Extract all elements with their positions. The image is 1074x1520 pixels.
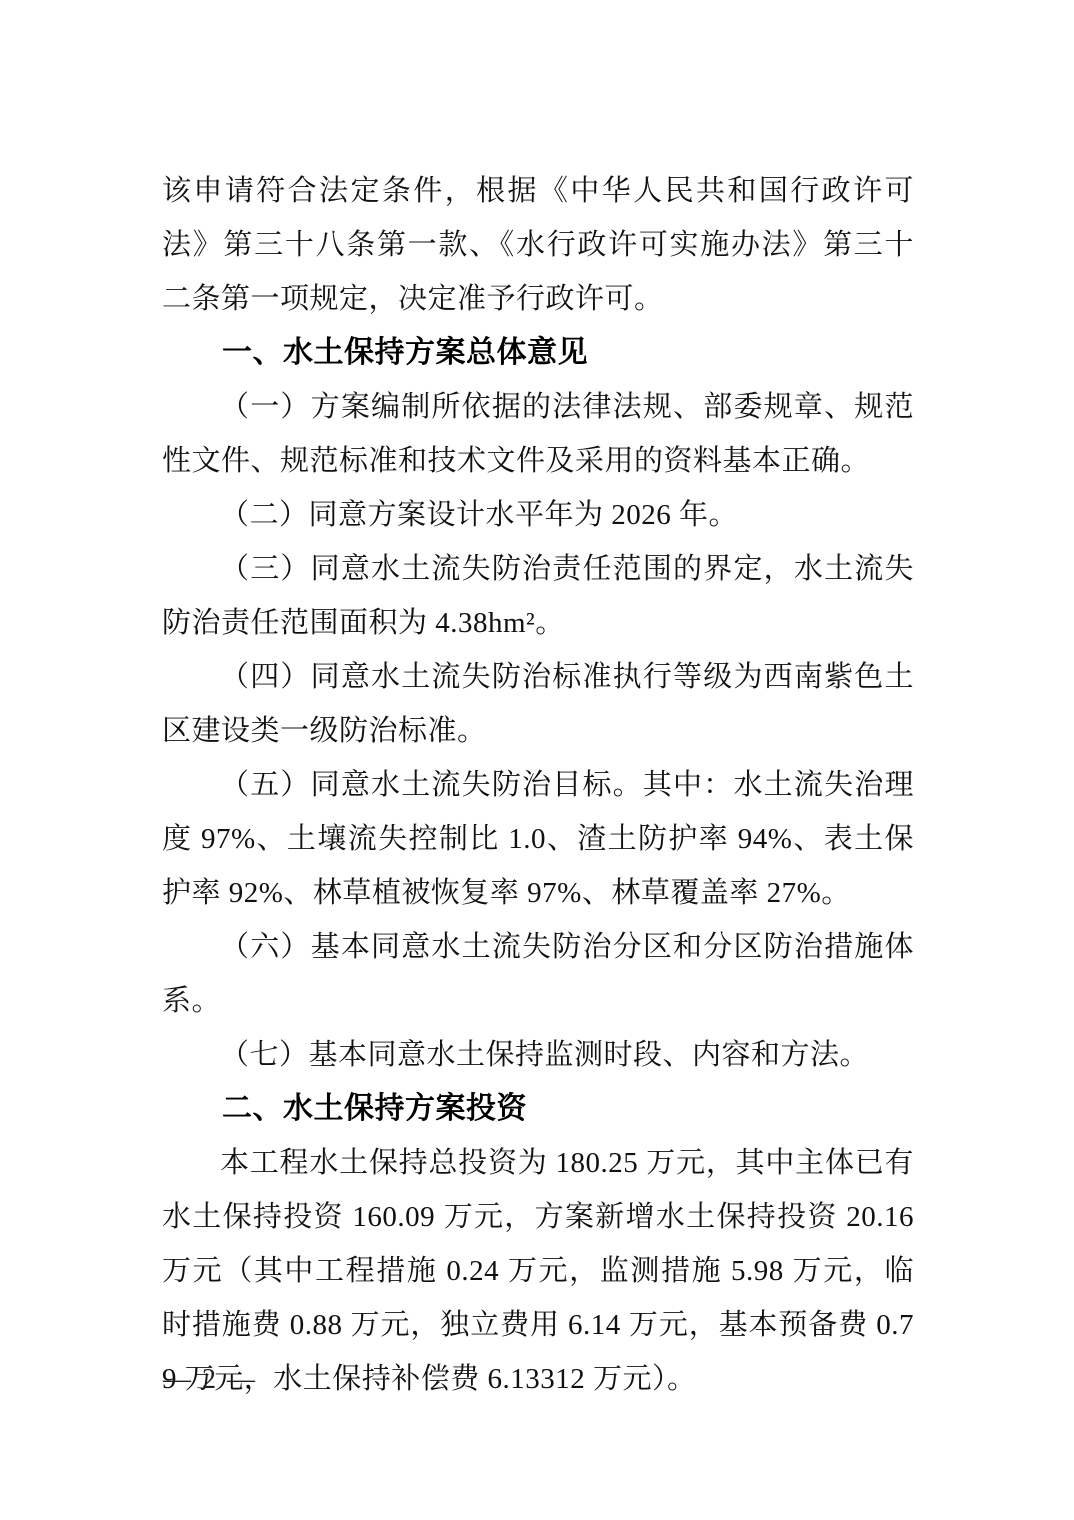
section-heading-overall-opinion: 一、水土保持方案总体意见: [162, 326, 914, 380]
paragraph-investment-breakdown: 本工程水土保持总投资为 180.25 万元，其中主体已有水土保持投资 160.0…: [162, 1136, 914, 1406]
document-page: 该申请符合法定条件，根据《中华人民共和国行政许可法》第三十八条第一款、《水行政许…: [0, 0, 1074, 1520]
paragraph-item-4-control-standard: （四）同意水土流失防治标准执行等级为西南紫色土区建设类一级防治标准。: [162, 650, 914, 758]
paragraph-continuation-legal-basis: 该申请符合法定条件，根据《中华人民共和国行政许可法》第三十八条第一款、《水行政许…: [162, 164, 914, 326]
paragraph-item-5-control-targets: （五）同意水土流失防治目标。其中：水土流失治理度 97%、土壤流失控制比 1.0…: [162, 758, 914, 920]
document-body: 该申请符合法定条件，根据《中华人民共和国行政许可法》第三十八条第一款、《水行政许…: [162, 164, 914, 1406]
page-number: — 2 —: [163, 1360, 257, 1400]
section-heading-investment: 二、水土保持方案投资: [162, 1082, 914, 1136]
paragraph-item-3-responsibility-area: （三）同意水土流失防治责任范围的界定，水土流失防治责任范围面积为 4.38hm²…: [162, 542, 914, 650]
paragraph-item-2-design-year: （二）同意方案设计水平年为 2026 年。: [162, 488, 914, 542]
paragraph-item-1-basis-documents: （一）方案编制所依据的法律法规、部委规章、规范性文件、规范标准和技术文件及采用的…: [162, 380, 914, 488]
paragraph-item-7-monitoring: （七）基本同意水土保持监测时段、内容和方法。: [162, 1028, 914, 1082]
paragraph-item-6-zoning-measures: （六）基本同意水土流失防治分区和分区防治措施体系。: [162, 920, 914, 1028]
